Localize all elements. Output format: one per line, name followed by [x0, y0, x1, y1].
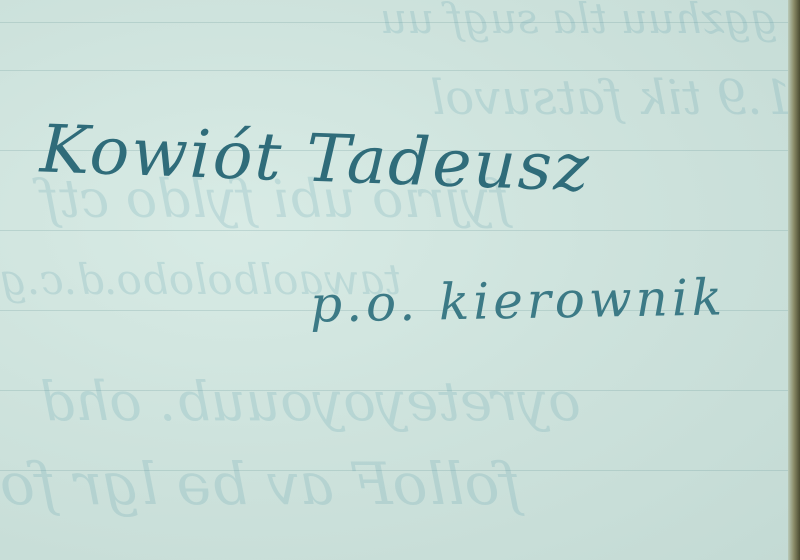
ghost-text: uvuon 1.1.9 tik fatsuvol [430, 70, 800, 126]
ghost-text: folloF av bə lgr fo [0, 450, 521, 518]
signature-title: p.o. kierownik [310, 268, 727, 333]
notebook-binding-edge [788, 0, 800, 560]
ghost-text: oyreteyoyouub. ohd [40, 370, 581, 433]
ghost-text: ggzhuu tla sugf uu [380, 0, 778, 43]
notebook-page: ggzhuu tla sugf uu uvuon 1.1.9 tik fatsu… [0, 0, 800, 560]
ruled-line [0, 230, 790, 231]
